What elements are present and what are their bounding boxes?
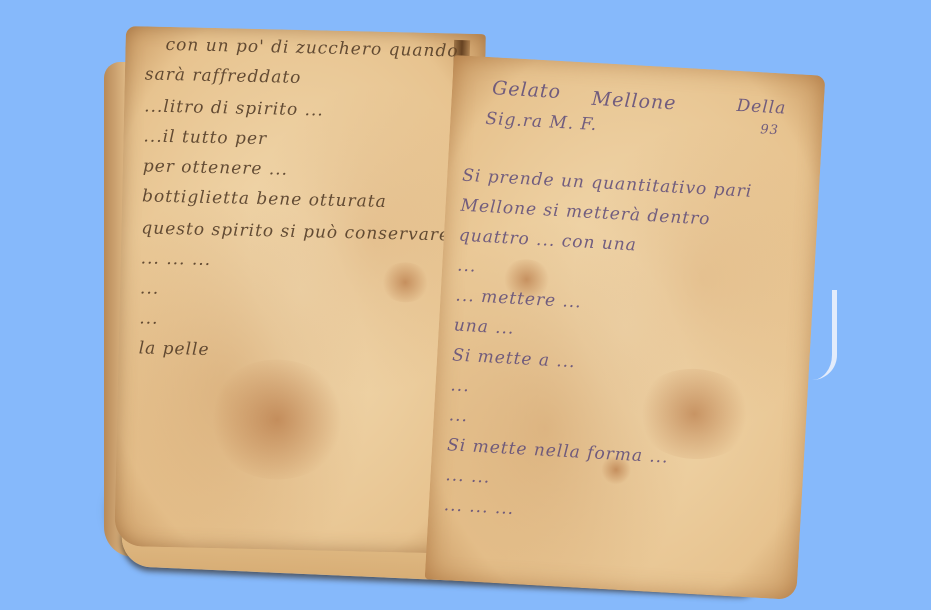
right-page: Gelato Mellone Della Sig.ra M. F. 93 Si …: [425, 55, 826, 600]
handwriting-line: la pelle: [138, 338, 209, 360]
handwriting-line: Si mette nella forma ...: [447, 435, 670, 467]
water-stain: [206, 358, 349, 481]
handwriting-line: ... ... ...: [141, 248, 212, 270]
handwriting-line: questo spirito si può conservare: [141, 218, 450, 245]
handwriting-line: quattro ... con una: [458, 226, 637, 256]
handwriting-line: Si mette a ...: [452, 345, 576, 372]
torn-paper-edge: [812, 290, 837, 380]
page-number: 93: [760, 122, 779, 138]
handwriting-line: ...: [448, 405, 468, 426]
notebook-photo: con un po' di zucchero quando sarà raffr…: [0, 0, 931, 610]
handwriting-line: ...: [457, 256, 477, 277]
handwriting-line: Mellone si metterà dentro: [460, 196, 711, 230]
handwriting-line: ...: [140, 278, 160, 298]
recipe-title: Mellone: [591, 88, 677, 115]
handwriting-line: con un po' di zucchero quando: [165, 35, 458, 62]
handwriting-line: ...litro di spirito ...: [144, 96, 324, 120]
handwriting-line: per ottenere ...: [143, 156, 289, 179]
handwriting-line: ... ...: [445, 465, 491, 487]
handwriting-line: Si prende un quantitativo pari: [462, 166, 753, 202]
recipe-title: Gelato: [492, 77, 562, 103]
handwriting-line: sarà raffreddato: [145, 64, 302, 88]
water-stain: [380, 262, 431, 303]
handwriting-line: ...: [139, 308, 159, 328]
handwriting-line: ... mettere ...: [455, 285, 582, 312]
handwriting-line: ...il tutto per: [143, 126, 267, 149]
handwriting-line: una ...: [453, 315, 515, 338]
handwriting-line: bottiglietta bene otturata: [142, 186, 387, 212]
recipe-author: Sig.ra M. F.: [485, 109, 598, 135]
handwriting-line: ...: [450, 375, 470, 396]
handwriting-line: ... ... ...: [443, 495, 514, 519]
recipe-title: Della: [736, 96, 787, 119]
